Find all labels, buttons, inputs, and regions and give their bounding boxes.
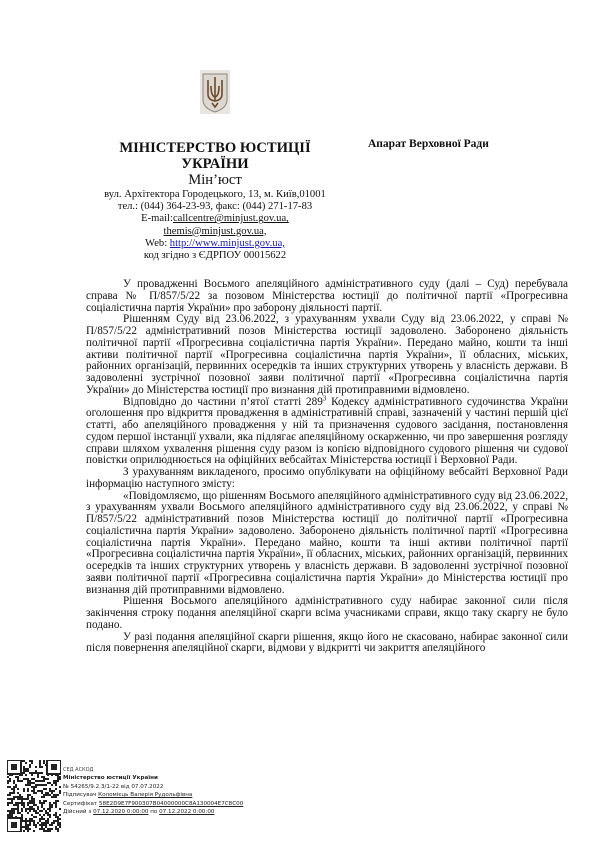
trident-coat-of-arms-icon (200, 70, 230, 114)
org-email-line: E-mail:callcentre@minjust.gov.ua, (80, 213, 350, 225)
qr-code-icon (7, 760, 61, 832)
org-email-line-2: themis@minjust.gov.ua, (80, 226, 350, 238)
signer-name: Коломієць Валерія Рудольфівна (98, 792, 192, 798)
stamp-reg-number: № 54265/9.2.3/1-22 від 07.07.2022 (63, 783, 243, 791)
org-title-line2: УКРАЇНИ (80, 156, 350, 172)
cert-id: 58E2D9E7F900307B04000000C8A130004E7C8C00 (99, 801, 243, 807)
paragraph-1: У провадженні Восьмого апеляційного адмі… (86, 279, 568, 314)
paragraph-3-start: Відповідно до частини п’ятої статті 289 (123, 396, 323, 408)
valid-from: 07.12.2020 0:00:00 (93, 809, 148, 815)
stamp-valid-line: Дійсний з 07.12.2020 0:00:00 по 07.12.20… (63, 808, 243, 816)
email-link-themis[interactable]: themis@minjust.gov.ua, (164, 226, 267, 237)
org-phone: тел.: (044) 364-23-93, факс: (044) 271-1… (80, 201, 350, 213)
paragraph-4: З урахуванням викладеного, просимо опубл… (86, 467, 568, 491)
org-short-name: Мін’юст (80, 172, 350, 189)
valid-mid: по (148, 809, 159, 815)
paragraph-5-quote: «Повідомляємо, що рішенням Восьмого апел… (86, 491, 568, 597)
signer-label: Підписувач (63, 792, 98, 798)
sender-letterhead: МІНІСТЕРСТВО ЮСТИЦІЇ УКРАЇНИ Мін’юст вул… (80, 140, 350, 262)
org-web-line: Web: http://www.minjust.gov.ua, (80, 238, 350, 250)
valid-to: 07.12.2022 0:00:00 (159, 809, 214, 815)
letter-body: У провадженні Восьмого апеляційного адмі… (86, 279, 568, 655)
paragraph-3: Відповідно до частини п’ятої статті 2893… (86, 397, 568, 468)
paragraph-6: Рішення Восьмого апеляційного адміністра… (86, 596, 568, 631)
digital-signature-stamp: СЕД АСКОД Міністерство юстиції України №… (63, 766, 243, 816)
stamp-cert-line: Сертифікат 58E2D9E7F900307B04000000C8A13… (63, 800, 243, 808)
web-label: Web: (145, 238, 170, 249)
valid-label: Дійсний з (63, 809, 93, 815)
org-address: вул. Архітектора Городецького, 13, м. Ки… (80, 189, 350, 201)
paragraph-2: Рішенням Суду від 23.06.2022, з урахуван… (86, 314, 568, 396)
org-edrpou: код згідно з ЄДРПОУ 00015622 (80, 250, 350, 262)
paragraph-7: У разі подання апеляційної скарги рішенн… (86, 632, 568, 656)
recipient: Апарат Верховної Ради (368, 138, 489, 150)
stamp-org: Міністерство юстиції України (63, 774, 243, 782)
cert-label: Сертифікат (63, 801, 99, 807)
stamp-system: СЕД АСКОД (63, 766, 243, 774)
email-link-callcentre[interactable]: callcentre@minjust.gov.ua, (173, 213, 289, 224)
stamp-signer-line: Підписувач Коломієць Валерія Рудольфівна (63, 791, 243, 799)
org-title-line1: МІНІСТЕРСТВО ЮСТИЦІЇ (80, 140, 350, 156)
web-link[interactable]: http://www.minjust.gov.ua, (170, 238, 285, 249)
email-label: E-mail: (141, 213, 173, 224)
